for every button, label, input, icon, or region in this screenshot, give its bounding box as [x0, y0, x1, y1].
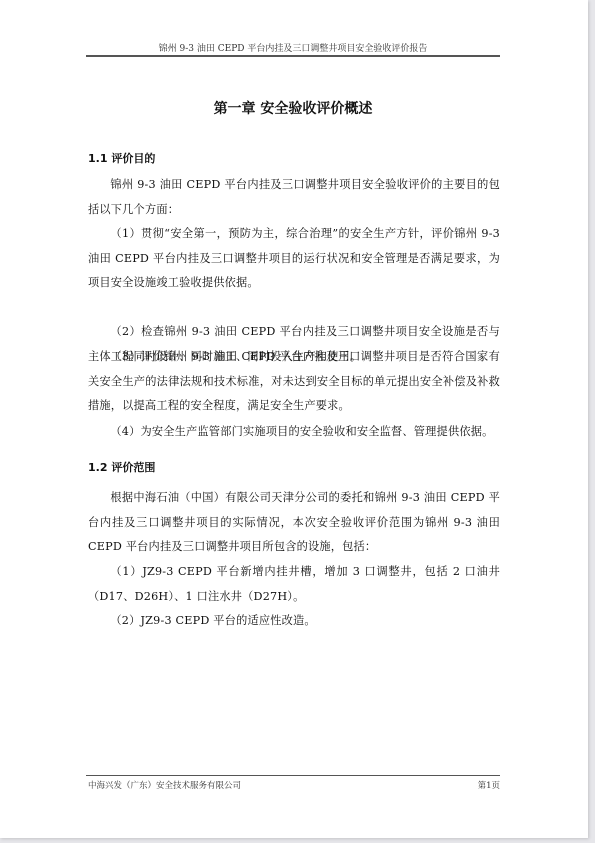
paragraph: （1）JZ9-3 CEPD 平台新增内挂井槽，增加 3 口调整井，包括 2 口油…	[88, 560, 500, 609]
page-number: 第1页	[478, 779, 500, 791]
footer-divider	[86, 775, 500, 776]
chapter-title: 第一章 安全验收评价概述	[86, 98, 500, 118]
paragraph: 根据中海石油（中国）有限公司天津分公司的委托和锦州 9-3 油田 CEPD 平台…	[88, 486, 500, 560]
section-heading-1-2: 1.2 评价范围	[88, 459, 155, 475]
paragraph: （2）JZ9-3 CEPD 平台的适应性改造。	[88, 609, 500, 634]
running-header: 锦州 9-3 油田 CEPD 平台内挂及三口调整井项目安全验收评价报告	[86, 41, 500, 54]
paragraph: （3）评价锦州 9-3 油田 CEPD 平台内挂及三口调整井项目是否符合国家有关…	[88, 345, 500, 419]
section-heading-1-1: 1.1 评价目的	[88, 150, 155, 166]
document-page: 锦州 9-3 油田 CEPD 平台内挂及三口调整井项目安全验收评价报告 第一章 …	[0, 0, 588, 838]
paragraph: 锦州 9-3 油田 CEPD 平台内挂及三口调整井项目安全验收评价的主要目的包括…	[88, 173, 500, 222]
footer-company: 中海兴发（广东）安全技术服务有限公司	[88, 779, 241, 791]
paragraph: （1）贯彻“安全第一，预防为主，综合治理”的安全生产方针，评价锦州 9-3 油田…	[88, 222, 500, 296]
header-divider	[86, 55, 500, 57]
paragraph: （4）为安全生产监管部门实施项目的安全验收和安全监督、管理提供依据。	[88, 420, 500, 445]
